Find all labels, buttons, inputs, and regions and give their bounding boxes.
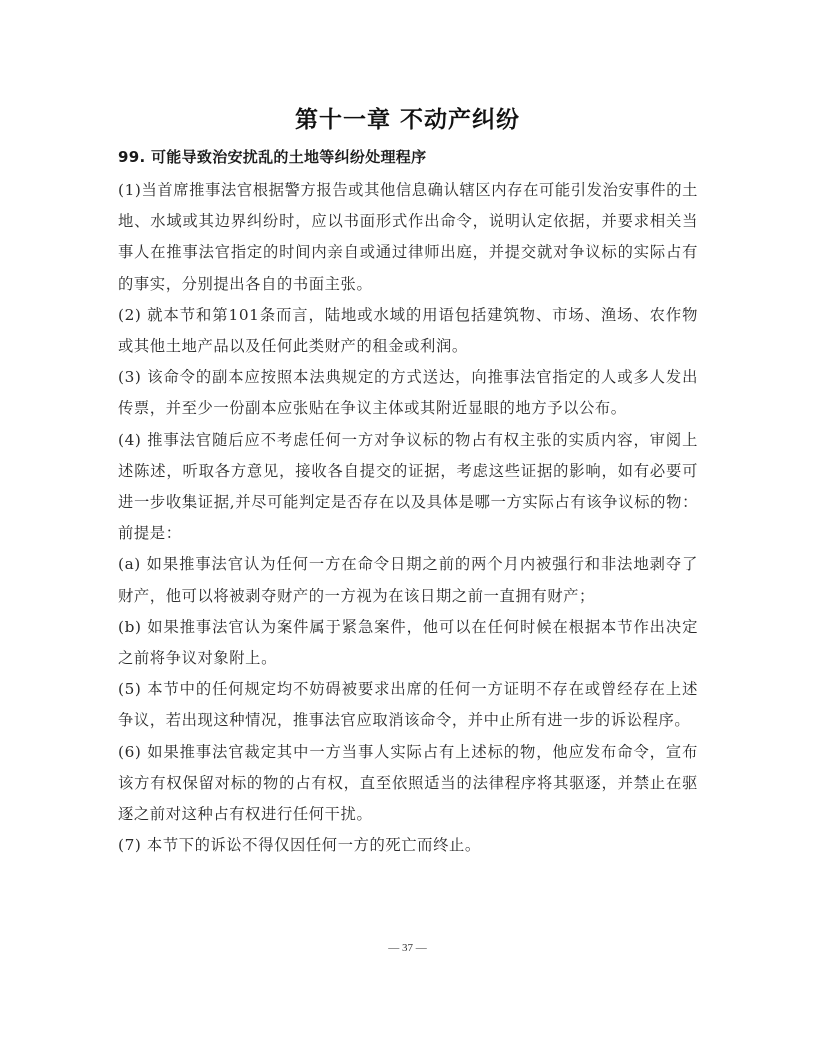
section-body: (1)当首席推事法官根据警方报告或其他信息确认辖区内存在可能引发治安事件的土地、… [118, 175, 698, 861]
document-page: 第十一章 不动产纠纷 99. 可能导致治安扰乱的土地等纠纷处理程序 (1)当首席… [0, 0, 815, 1055]
paragraph-3: (3) 该命令的副本应按照本法典规定的方式送达，向推事法官指定的人或多人发出传票… [118, 362, 698, 424]
paragraph-1: (1)当首席推事法官根据警方报告或其他信息确认辖区内存在可能引发治安事件的土地、… [118, 175, 698, 300]
paragraph-5: (5) 本节中的任何规定均不妨碍被要求出席的任何一方证明不存在或曾经存在上述争议… [118, 674, 698, 736]
paragraph-7: (7) 本节下的诉讼不得仅因任何一方的死亡而终止。 [118, 830, 698, 861]
page-number: — 37 — [0, 942, 815, 954]
paragraph-6: (6) 如果推事法官裁定其中一方当事人实际占有上述标的物，他应发布命令，宣布该方… [118, 737, 698, 831]
section-heading: 99. 可能导致治安扰乱的土地等纠纷处理程序 [118, 146, 426, 167]
paragraph-2: (2) 就本节和第101条而言，陆地或水域的用语包括建筑物、市场、渔场、农作物或… [118, 300, 698, 362]
paragraph-4a: (a) 如果推事法官认为任何一方在命令日期之前的两个月内被强行和非法地剥夺了财产… [118, 549, 698, 611]
chapter-title: 第十一章 不动产纠纷 [0, 101, 815, 134]
paragraph-4: (4) 推事法官随后应不考虑任何一方对争议标的物占有权主张的实质内容，审阅上述陈… [118, 425, 698, 550]
paragraph-4b: (b) 如果推事法官认为案件属于紧急案件，他可以在任何时候在根据本节作出决定之前… [118, 612, 698, 674]
